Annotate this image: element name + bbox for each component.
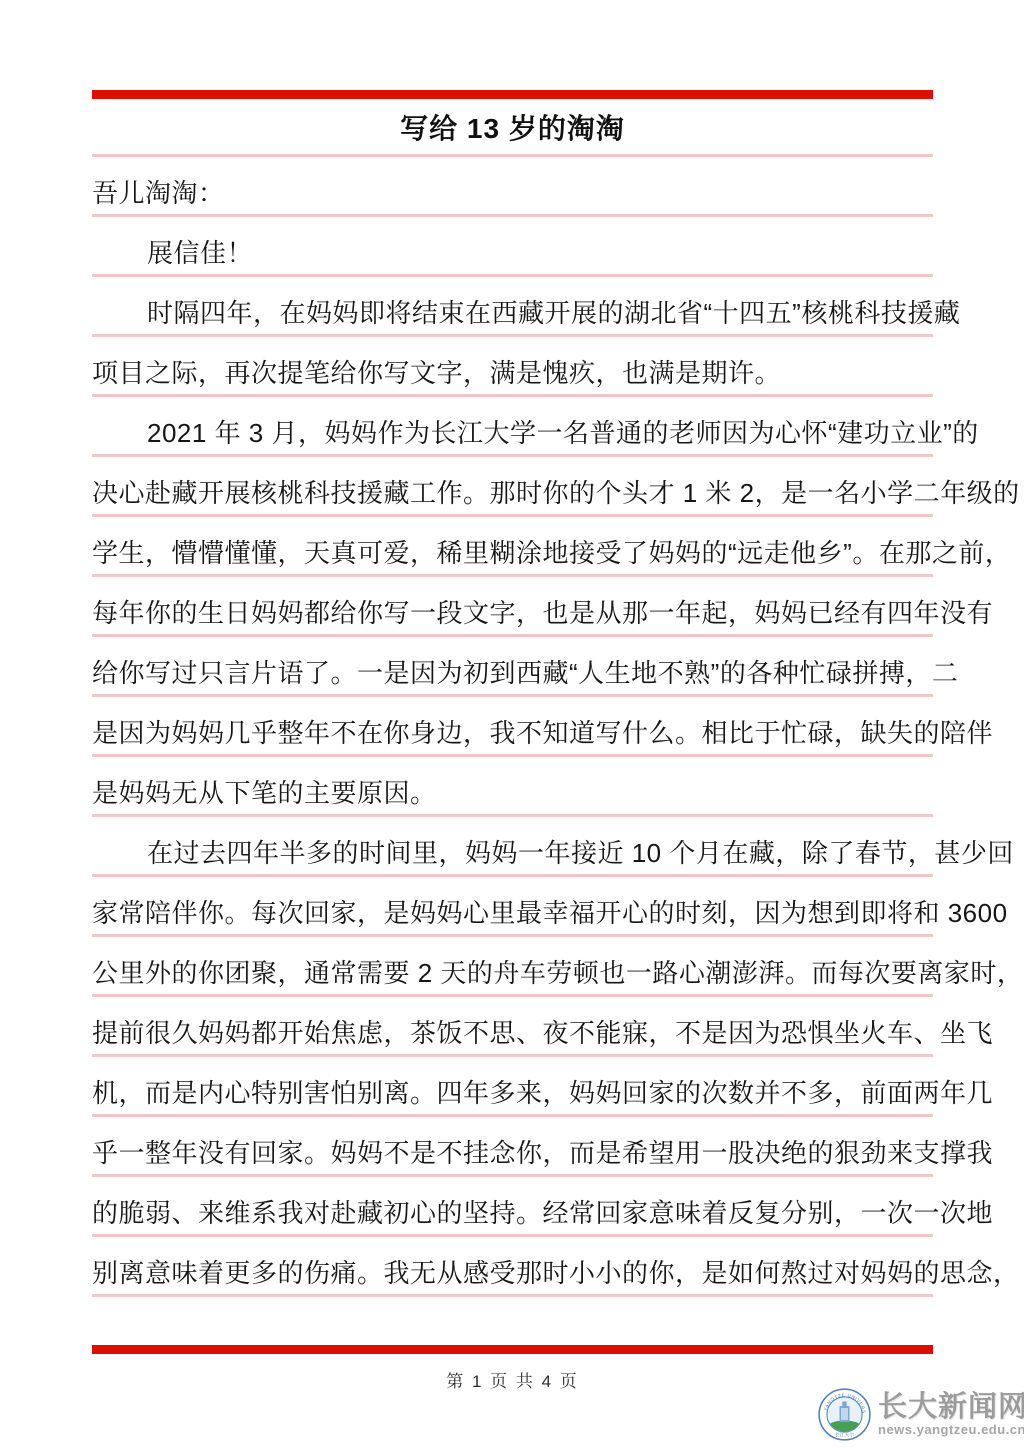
letter-line-text: 机，而是内心特别害怕别离。四年多来，妈妈回家的次数并不多，前面两年几	[92, 1080, 993, 1106]
letter-line: 决心赴藏开展核桃科技援藏工作。那时你的个头才 1 米 2，是一名小学二年级的	[92, 457, 933, 517]
letter-line: 家常陪伴你。每次回家，是妈妈心里最幸福开心的时刻，因为想到即将和 3600	[92, 877, 933, 937]
site-url: news.yangtzeu.edu.cn	[878, 1422, 1024, 1437]
letter-line-text: 别离意味着更多的伤痛。我无从感受那时小小的你，是如何熬过对妈妈的思念，	[92, 1260, 1020, 1286]
letter-line: 展信佳！	[92, 217, 933, 277]
letter-line: 乎一整年没有回家。妈妈不是不挂念你，而是希望用一股决绝的狠劲来支撑我	[92, 1117, 933, 1177]
letter-line: 是因为妈妈几乎整年不在你身边，我不知道写什么。相比于忙碌，缺失的陪伴	[92, 697, 933, 757]
site-name: 长大新闻网	[878, 1392, 1024, 1422]
letter-line: 是妈妈无从下笔的主要原因。	[92, 757, 933, 817]
letter-line: 学生，懵懵懂懂，天真可爱，稀里糊涂地接受了妈妈的“远走他乡”。在那之前，	[92, 517, 933, 577]
bottom-spacer	[92, 1297, 933, 1345]
letter-line: 2021 年 3 月，妈妈作为长江大学一名普通的老师因为心怀“建功立业”的	[92, 397, 933, 457]
letter-line-text: 在过去四年半多的时间里，妈妈一年接近 10 个月在藏，除了春节，甚少回	[147, 840, 1014, 866]
university-emblem-icon: YANGTZE UNIVERSITY 长江大学	[818, 1388, 871, 1441]
letter-line: 提前很久妈妈都开始焦虑，茶饭不思、夜不能寐，不是因为恐惧坐火车、坐飞	[92, 997, 933, 1057]
letter-line-text: 是妈妈无从下笔的主要原因。	[92, 780, 437, 806]
page-title: 写给 13 岁的淘淘	[400, 107, 625, 147]
title-row: 写给 13 岁的淘淘	[92, 99, 933, 157]
letter-line-text: 每年你的生日妈妈都给你写一段文字，也是从那一年起，妈妈已经有四年没有	[92, 600, 993, 626]
top-red-rule	[92, 90, 933, 99]
letter-line: 项目之际，再次提笔给你写文字，满是愧疚，也满是期许。	[92, 337, 933, 397]
page-number: 第 1 页 共 4 页	[92, 1367, 933, 1392]
letter-line: 每年你的生日妈妈都给你写一段文字，也是从那一年起，妈妈已经有四年没有	[92, 577, 933, 637]
letter-line-text: 吾儿淘淘：	[92, 180, 225, 206]
letter-line: 的脆弱、来维系我对赴藏初心的坚持。经常回家意味着反复分别，一次一次地	[92, 1177, 933, 1237]
letter-line-text: 学生，懵懵懂懂，天真可爱，稀里糊涂地接受了妈妈的“远走他乡”。在那之前，	[92, 540, 1011, 566]
letter-line-text: 项目之际，再次提笔给你写文字，满是愧疚，也满是期许。	[92, 360, 781, 386]
letter-line-text: 公里外的你团聚，通常需要 2 天的舟车劳顿也一路心潮澎湃。而每次要离家时，	[92, 960, 1023, 986]
letter-line-text: 2021 年 3 月，妈妈作为长江大学一名普通的老师因为心怀“建功立业”的	[147, 420, 979, 446]
letter-line: 在过去四年半多的时间里，妈妈一年接近 10 个月在藏，除了春节，甚少回	[92, 817, 933, 877]
letter-line-text: 的脆弱、来维系我对赴藏初心的坚持。经常回家意味着反复分别，一次一次地	[92, 1200, 993, 1226]
site-watermark: YANGTZE UNIVERSITY 长江大学 长大新闻网 news.yangt…	[818, 1388, 1024, 1441]
emblem-bottom-text: 长江大学	[835, 1432, 854, 1439]
letter-line: 吾儿淘淘：	[92, 157, 933, 217]
letter-line: 给你写过只言片语了。一是因为初到西藏“人生地不熟”的各种忙碌拼搏，二	[92, 637, 933, 697]
bottom-red-rule	[92, 1345, 933, 1354]
letter-line: 别离意味着更多的伤痛。我无从感受那时小小的你，是如何熬过对妈妈的思念，	[92, 1237, 933, 1297]
letter-line-text: 决心赴藏开展核桃科技援藏工作。那时你的个头才 1 米 2，是一名小学二年级的	[92, 480, 1020, 506]
letter-line-text: 家常陪伴你。每次回家，是妈妈心里最幸福开心的时刻，因为想到即将和 3600	[92, 900, 1008, 926]
letter-line: 公里外的你团聚，通常需要 2 天的舟车劳顿也一路心潮澎湃。而每次要离家时，	[92, 937, 933, 997]
letter-line-text: 提前很久妈妈都开始焦虑，茶饭不思、夜不能寐，不是因为恐惧坐火车、坐飞	[92, 1020, 993, 1046]
letter-line-text: 是因为妈妈几乎整年不在你身边，我不知道写什么。相比于忙碌，缺失的陪伴	[92, 720, 993, 746]
letter-page: 写给 13 岁的淘淘 吾儿淘淘： 展信佳！ 时隔四年，在妈妈即将结束在西藏开展的…	[92, 90, 933, 1392]
letter-line-text: 给你写过只言片语了。一是因为初到西藏“人生地不熟”的各种忙碌拼搏，二	[92, 660, 958, 686]
letter-line: 机，而是内心特别害怕别离。四年多来，妈妈回家的次数并不多，前面两年几	[92, 1057, 933, 1117]
letter-line-text: 展信佳！	[147, 240, 253, 266]
letter-line: 时隔四年，在妈妈即将结束在西藏开展的湖北省“十四五”核桃科技援藏	[92, 277, 933, 337]
letter-line-text: 乎一整年没有回家。妈妈不是不挂念你，而是希望用一股决绝的狠劲来支撑我	[92, 1140, 993, 1166]
letter-line-text: 时隔四年，在妈妈即将结束在西藏开展的湖北省“十四五”核桃科技援藏	[147, 300, 960, 326]
